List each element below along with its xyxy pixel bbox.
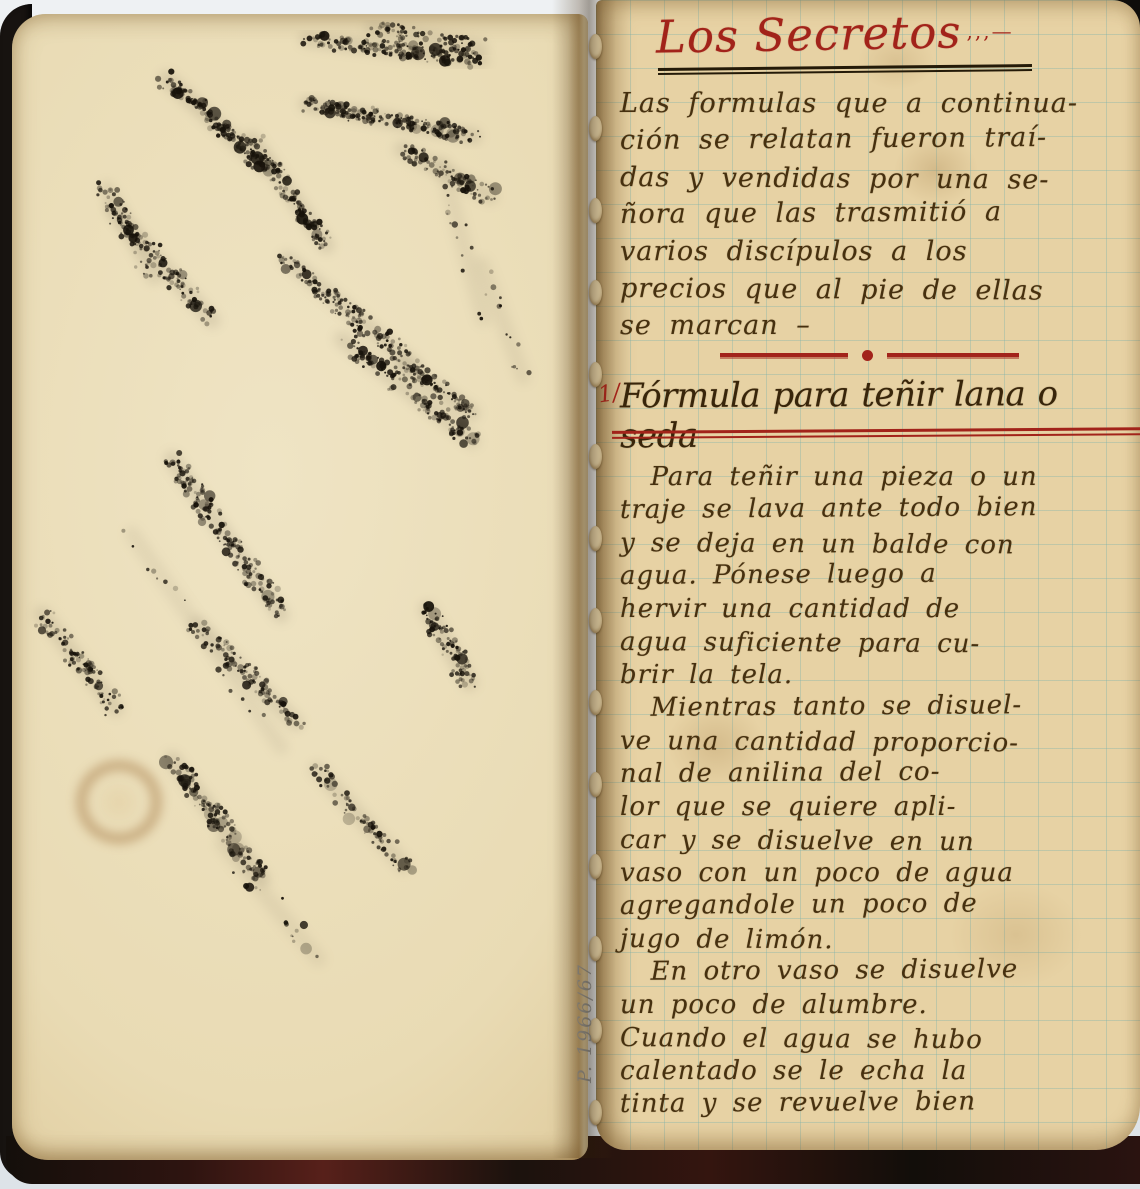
handwritten-line: brir la tela.	[620, 659, 1140, 692]
divider-line-right	[887, 353, 1019, 357]
page-title: Los Secretos	[656, 5, 962, 63]
stain-ring	[76, 760, 162, 844]
handwritten-line: se marcan –	[620, 307, 1140, 344]
handwritten-line: vaso con un poco de agua	[620, 857, 1140, 890]
handwritten-line: Cuando el agua se hubo	[620, 1022, 1140, 1058]
handwritten-line: lor que se quiere apli-	[620, 791, 1140, 824]
handwritten-line: calentado se le echa la	[620, 1055, 1140, 1088]
margin-note-pencil: P. 1966/67	[574, 928, 596, 1118]
handwritten-line: Las formulas que a continua-	[620, 85, 1140, 122]
section-heading: Fórmula para teñir lana o seda	[620, 374, 1140, 457]
section-number: 1/	[596, 380, 622, 409]
divider-dot	[862, 350, 873, 361]
recipe-paragraph: Para teñir una pieza o untraje se lava a…	[620, 461, 1140, 1121]
left-page	[12, 14, 588, 1160]
right-page-content: Los Secretos ,,,— Las formulas que a con…	[596, 0, 1140, 1150]
title-row: Los Secretos ,,,—	[656, 8, 1140, 70]
handwritten-line: En otro vaso se disuelve	[620, 952, 1140, 989]
handwritten-line: ción se relatan fueron traí-	[620, 118, 1140, 159]
handwritten-line: nal de anilina del co-	[620, 754, 1140, 791]
title-flourish: ,,,—	[967, 19, 1014, 43]
right-page: Los Secretos ,,,— Las formulas que a con…	[596, 0, 1140, 1150]
handwritten-line: precios que al pie de ellas	[620, 270, 1140, 310]
intro-paragraph: Las formulas que a continua-ción se rela…	[620, 85, 1140, 344]
handwritten-line: hervir una cantidad de	[620, 593, 1140, 626]
handwritten-line: ñora que las trasmitió a	[620, 192, 1140, 233]
notebook-scan: Los Secretos ,,,— Las formulas que a con…	[0, 0, 1140, 1189]
heading-row: 1/ Fórmula para teñir lana o seda	[620, 375, 1140, 429]
handwritten-line: traje se lava ante todo bien	[620, 490, 1140, 527]
ink-blot-smudges	[12, 14, 588, 1160]
divider-line-left	[720, 353, 848, 357]
handwritten-line: agua. Pónese luego a	[620, 556, 1140, 593]
section-divider	[720, 349, 1040, 361]
handwritten-line: agua suficiente para cu-	[620, 626, 1140, 662]
handwritten-line: tinta y se revuelve bien	[620, 1084, 1140, 1121]
handwritten-line: un poco de alumbre.	[620, 989, 1140, 1022]
handwritten-line: Mientras tanto se disuel-	[620, 688, 1140, 725]
handwritten-line: agregandole un poco de	[620, 886, 1140, 923]
handwritten-line: varios discípulos a los	[620, 233, 1140, 270]
handwritten-line: Para teñir una pieza o un	[620, 461, 1140, 494]
handwritten-line: car y se disuelve en un	[620, 824, 1140, 860]
